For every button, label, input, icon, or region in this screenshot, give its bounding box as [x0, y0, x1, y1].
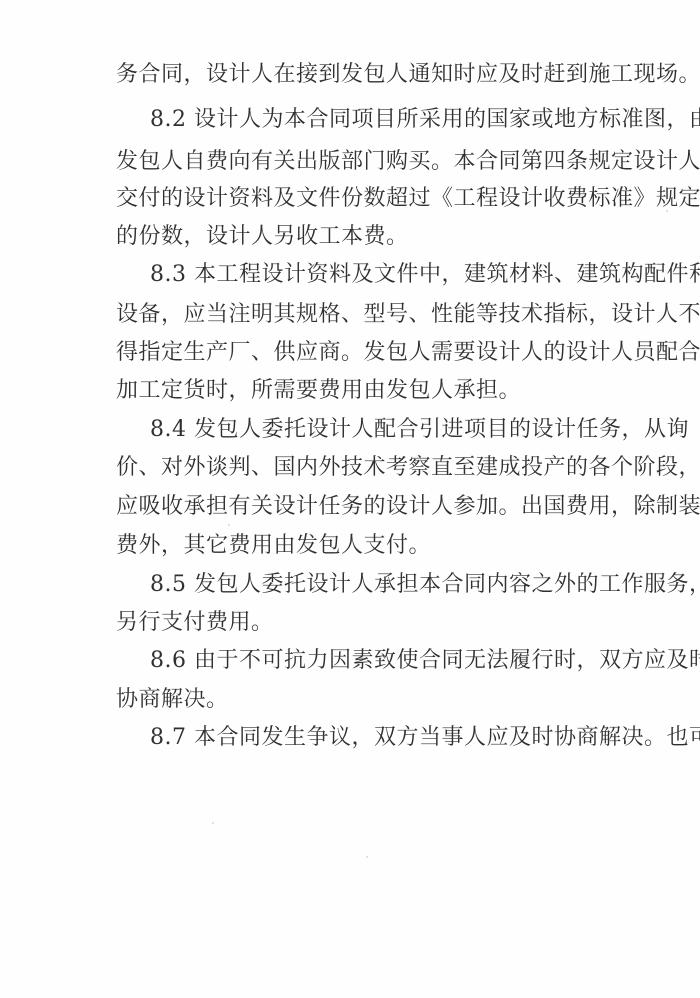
clause-8-2-line-1: 8.2 设计人为本合同项目所采用的国家或地方标准图，由: [150, 105, 596, 135]
scan-speck: [666, 210, 668, 212]
clause-8-5-line-1: 8.5 发包人委托设计人承担本合同内容之外的工作服务，: [150, 570, 596, 600]
scan-speck: [228, 524, 230, 526]
clause-8-4-line-3: 应吸收承担有关设计任务的设计人参加。出国费用，除制装: [116, 492, 596, 522]
clause-8-5-line-2: 另行支付费用。: [116, 608, 596, 638]
clause-8-2-line-2: 发包人自费向有关出版部门购买。本合同第四条规定设计人: [116, 147, 596, 177]
document-page: 务合同，设计人在接到发包人通知时应及时赶到施工现场。 8.2 设计人为本合同项目…: [0, 0, 700, 998]
paragraph-continuation-line-1: 务合同，设计人在接到发包人通知时应及时赶到施工现场。: [116, 60, 596, 90]
clause-8-3-line-3: 得指定生产厂、供应商。发包人需要设计人的设计人员配合: [116, 338, 596, 368]
clause-8-7-line-1: 8.7 本合同发生争议，双方当事人应及时协商解决。也可: [150, 723, 596, 753]
clause-8-3-line-2: 设备，应当注明其规格、型号、性能等技术指标，设计人不: [116, 300, 596, 330]
clause-8-3-line-4: 加工定货时，所需要费用由发包人承担。: [116, 376, 596, 406]
clause-8-6-line-2: 协商解决。: [116, 685, 596, 715]
scan-speck: [366, 856, 368, 858]
scan-speck: [212, 822, 214, 824]
clause-8-3-line-1: 8.3 本工程设计资料及文件中，建筑材料、建筑构配件和: [150, 260, 596, 290]
clause-8-6-line-1: 8.6 由于不可抗力因素致使合同无法履行时，双方应及时: [150, 646, 596, 676]
clause-8-2-line-4: 的份数，设计人另收工本费。: [116, 222, 596, 252]
clause-8-2-line-3: 交付的设计资料及文件份数超过《工程设计收费标准》规定: [116, 184, 596, 214]
clause-8-4-line-4: 费外，其它费用由发包人支付。: [116, 531, 596, 561]
clause-8-4-line-1: 8.4 发包人委托设计人配合引进项目的设计任务，从询: [150, 415, 596, 445]
clause-8-4-line-2: 价、对外谈判、国内外技术考察直至建成投产的各个阶段，: [116, 453, 596, 483]
